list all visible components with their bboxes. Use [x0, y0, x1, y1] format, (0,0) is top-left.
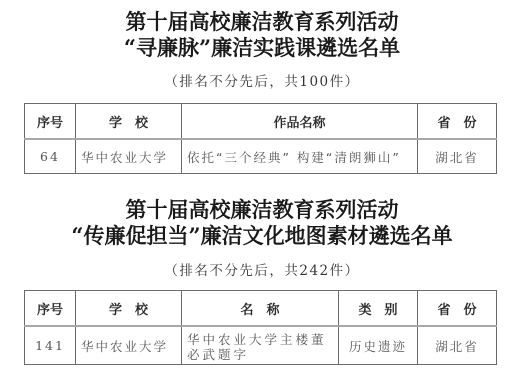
cell-index: 141 — [25, 326, 76, 365]
header-work-name: 作品名称 — [182, 104, 418, 140]
table-header-row: 序号 学 校 名 称 类 别 省 份 — [25, 291, 497, 327]
header-index: 序号 — [25, 291, 76, 327]
cell-province: 湖北省 — [418, 139, 497, 174]
cell-category: 历史遗迹 — [339, 326, 418, 365]
header-school: 学 校 — [76, 291, 182, 327]
header-category: 类 别 — [339, 291, 418, 327]
cell-work-name: 依托“三个经典” 构建“清朗狮山” — [182, 139, 418, 174]
cell-province: 湖北省 — [418, 326, 497, 365]
header-province: 省 份 — [418, 104, 497, 140]
header-school: 学 校 — [76, 104, 182, 140]
section2-title-line1: 第十届高校廉洁教育系列活动 — [0, 197, 524, 223]
table-row: 64 华中农业大学 依托“三个经典” 构建“清朗狮山” 湖北省 — [25, 139, 497, 174]
cell-index: 64 — [25, 139, 76, 174]
section1-table: 序号 学 校 作品名称 省 份 64 华中农业大学 依托“三个经典” 构建“清朗… — [24, 103, 497, 174]
section1-title-line1: 第十届高校廉洁教育系列活动 — [0, 9, 524, 35]
table-header-row: 序号 学 校 作品名称 省 份 — [25, 104, 497, 140]
header-name: 名 称 — [182, 291, 339, 327]
section1-title-line2: “寻廉脉”廉洁实践课遴选名单 — [0, 35, 524, 61]
section1-subtitle: （排名不分先后，共100件） — [0, 73, 524, 91]
table-row: 141 华中农业大学 华中农业大学主楼董必武题字 历史遗迹 湖北省 — [25, 326, 497, 365]
header-province: 省 份 — [418, 291, 497, 327]
header-index: 序号 — [25, 104, 76, 140]
section2-table: 序号 学 校 名 称 类 别 省 份 141 华中农业大学 华中农业大学主楼董必… — [24, 290, 497, 365]
cell-name: 华中农业大学主楼董必武题字 — [182, 326, 339, 365]
cell-school: 华中农业大学 — [76, 326, 182, 365]
section2-subtitle: （排名不分先后，共242件） — [0, 262, 524, 280]
section2-title-line2: “传廉促担当”廉洁文化地图素材遴选名单 — [0, 223, 524, 249]
cell-school: 华中农业大学 — [76, 139, 182, 174]
